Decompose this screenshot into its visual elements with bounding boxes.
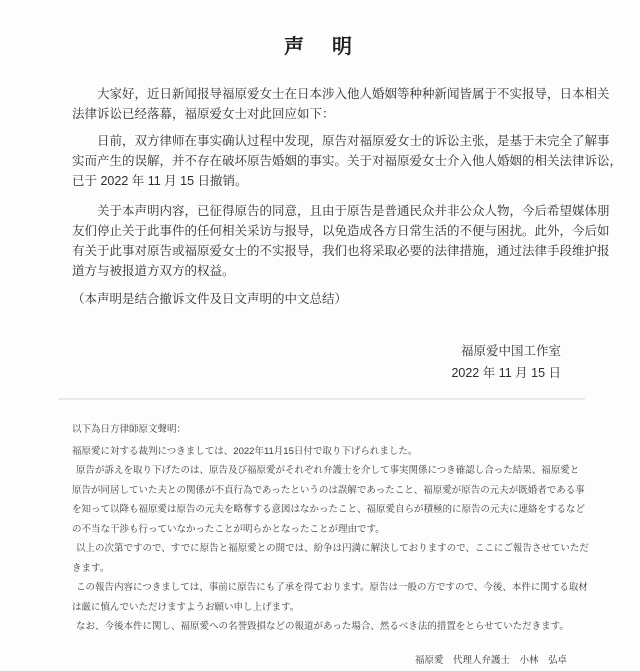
- text-line: 有关于此事对原告或福原爱女士的不实报导，我们也将采取必要的法律措施，通过法律手段…: [72, 241, 583, 261]
- cn-paragraph-2: 日前，双方律师在事实确认过程中发现，原告对福原爱女士的诉讼主张，是基于未完全了解…: [72, 131, 583, 191]
- text-line: 实而产生的误解，并不存在破坏原告婚姻的事实。关于对福原爱女士介入他人婚姻的相关法…: [72, 151, 583, 171]
- text-line: の不当な干渉も行っていなかったことが明らかとなったことが理由です。: [72, 520, 584, 540]
- cn-signature-block: 福原爱中国工作室 2022 年 11 月 15 日: [72, 341, 583, 383]
- jp-signature: 福原愛 代理人弁護士 小林 弘卓: [72, 651, 584, 671]
- text-line: 关于本声明内容，已征得原告的同意，且由于原告是普通民众并非公众人物，今后希望媒体…: [72, 201, 583, 221]
- cn-paragraph-3: 关于本声明内容，已征得原告的同意，且由于原告是普通民众并非公众人物，今后希望媒体…: [72, 201, 583, 281]
- cn-note-line: （本声明是结合撤诉文件及日文声明的中文总结）: [72, 289, 583, 309]
- text-line: 法律诉讼已经落幕，福原爱女士对此回应如下：: [72, 104, 583, 124]
- cn-paragraph-1: 大家好，近日新闻报导福原爱女士在日本涉入他人婚姻等种种新闻皆属于不实报导，日本相…: [72, 84, 583, 124]
- section-divider: [58, 398, 585, 400]
- text-line: 日前，双方律师在事实确认过程中发现，原告对福原爱女士的诉讼主张，是基于未完全了解…: [72, 131, 583, 151]
- text-line: 以上の次第ですので、すでに原告と福原愛との間では、紛争は円満に解決しておりますの…: [72, 539, 584, 559]
- text-line: きます。: [72, 559, 584, 579]
- text-line: 大家好，近日新闻报导福原爱女士在日本涉入他人婚姻等种种新闻皆属于不实报导，日本相…: [72, 84, 583, 104]
- text-line: 已于 2022 年 11 月 15 日撤销。: [72, 171, 583, 191]
- japanese-statement-body: 以下為日方律師原文聲明： 福原愛に対する裁判につきましては、2022年11月15…: [72, 420, 584, 670]
- text-line: 福原愛に対する裁判につきましては、2022年11月15日付で取り下げられました。: [72, 442, 584, 462]
- text-line: 原告が訴えを取り下げたのは、原告及び福原愛がそれぞれ弁護士を介して事実関係につき…: [72, 461, 584, 481]
- text-line: 友们停止关于此事件的任何相关采访与报导，以免造成各方日常生活的不便与困扰。此外，…: [72, 221, 583, 241]
- text-line: 道方与被报道方双方的权益。: [72, 261, 583, 281]
- text-line: は厳に慎んでいただけますようお願い申し上げます。: [72, 598, 584, 618]
- cn-date: 2022 年 11 月 15 日: [72, 363, 561, 383]
- text-line: 原告が同居していた夫との関係が不貞行為であったというのは誤解であったこと、福原愛…: [72, 481, 584, 501]
- text-line: なお、今後本件に関し、福原愛への名誉毀損などの報道があった場合、然るべき法的措置…: [72, 617, 584, 637]
- jp-heading: 以下為日方律師原文聲明：: [72, 420, 584, 440]
- statement-title: 声 明: [0, 0, 640, 59]
- chinese-statement-body: 大家好，近日新闻报导福原爱女士在日本涉入他人婚姻等种种新闻皆属于不实报导，日本相…: [72, 84, 583, 383]
- cn-signer: 福原爱中国工作室: [72, 341, 561, 361]
- statement-document: 声 明 大家好，近日新闻报导福原爱女士在日本涉入他人婚姻等种种新闻皆属于不实报导…: [0, 0, 640, 671]
- text-line: この報告内容につきましては、事前に原告にも了承を得ております。原告は一般の方です…: [72, 578, 584, 598]
- text-line: を知って以降も福原愛は原告の元夫を略奪する意図はなかったこと、福原愛自らが積極的…: [72, 500, 584, 520]
